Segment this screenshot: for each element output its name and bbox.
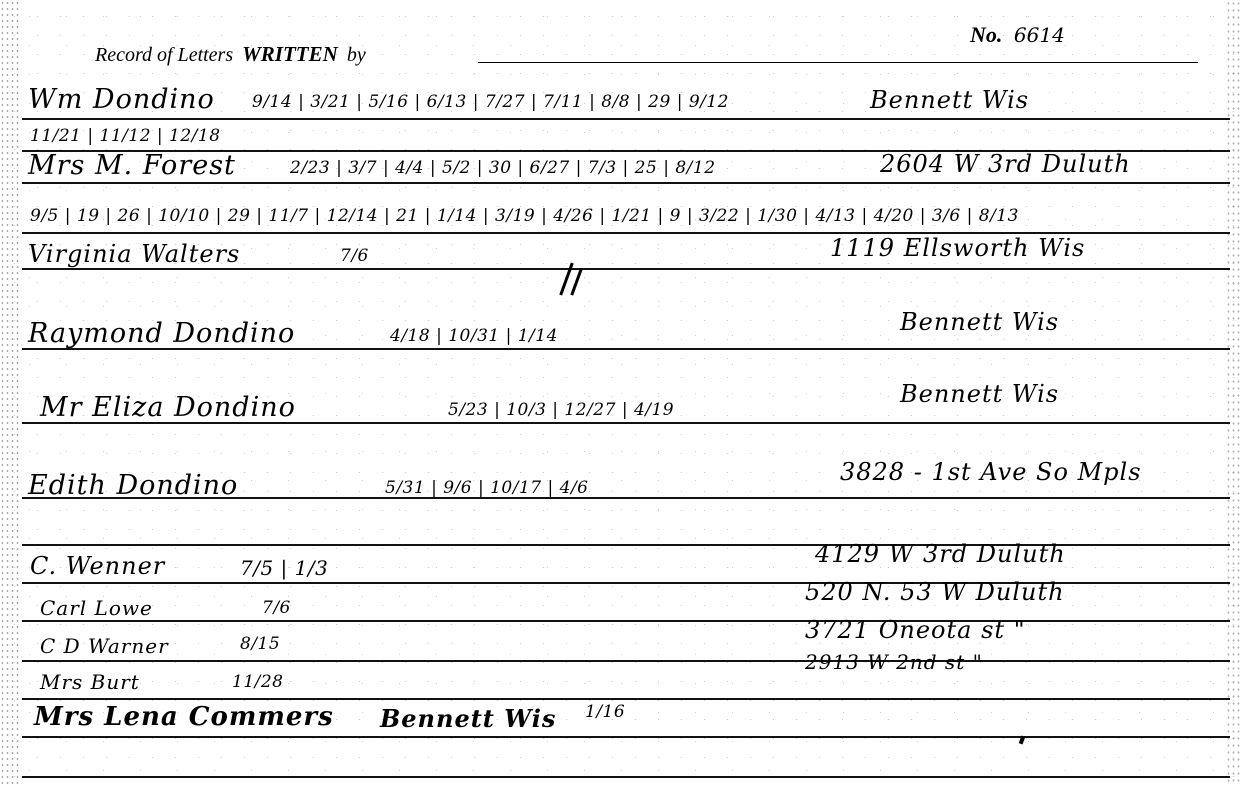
ruled-line	[22, 660, 1230, 662]
ruled-line	[22, 268, 1230, 270]
ruled-line	[22, 118, 1230, 120]
letter-dates: 9/14 | 3/21 | 5/16 | 6/13 | 7/27 | 7/11 …	[252, 92, 729, 112]
correspondent-address: 2913 W 2nd st "	[805, 650, 983, 674]
letter-dates: 7/6	[340, 246, 369, 266]
record-number-value: 6614	[1014, 23, 1065, 47]
form-title-suffix: by	[347, 44, 366, 66]
correspondent-name: Mrs M. Forest	[28, 150, 236, 181]
letter-dates: 1/16	[585, 702, 625, 722]
correspondent-address: 1119 Ellsworth Wis	[830, 234, 1085, 262]
correspondent-name: Mrs Burt	[40, 670, 140, 694]
scan-edge-left	[0, 0, 22, 786]
correspondent-address: Bennett Wis	[380, 704, 556, 733]
letter-dates-continued: 11/21 | 11/12 | 12/18	[30, 126, 221, 146]
letter-dates: 5/31 | 9/6 | 10/17 | 4/6	[385, 478, 589, 498]
correspondent-name: C D Warner	[40, 634, 169, 658]
correspondent-name: C. Wenner	[30, 552, 165, 580]
form-title: Record of Letters WRITTEN by	[95, 42, 366, 67]
correspondent-address: 520 N. 53 W Duluth	[805, 578, 1065, 606]
ink-smudge-mark	[570, 268, 582, 295]
written-by-blank-line	[478, 62, 1198, 63]
letter-dates: 2/23 | 3/7 | 4/4 | 5/2 | 30 | 6/27 | 7/3…	[290, 158, 716, 178]
correspondent-name: Edith Dondino	[28, 470, 238, 501]
ruled-line	[22, 776, 1230, 778]
correspondent-address: Bennett Wis	[900, 380, 1059, 408]
correspondent-address: 3721 Oneota st "	[805, 616, 1026, 644]
ruled-line	[22, 182, 1230, 184]
correspondent-address: Bennett Wis	[900, 308, 1059, 336]
correspondent-name: Raymond Dondino	[28, 318, 295, 349]
correspondent-address: 2604 W 3rd Duluth	[880, 150, 1131, 178]
correspondent-name: Virginia Walters	[28, 240, 240, 268]
correspondent-name: Mrs Lena Commers	[34, 702, 334, 732]
letter-dates-continued: 9/5 | 19 | 26 | 10/10 | 29 | 11/7 | 12/1…	[30, 206, 1019, 226]
ruled-line	[22, 620, 1230, 622]
letter-dates: 11/28	[232, 672, 284, 692]
correspondent-address: Bennett Wis	[870, 86, 1029, 114]
correspondent-name: Mr Eliza Dondino	[40, 392, 296, 423]
record-number: No. 6614	[970, 22, 1065, 48]
form-title-emphasis: WRITTEN	[242, 42, 338, 66]
correspondent-name: Carl Lowe	[40, 596, 153, 620]
letter-dates: 7/6	[262, 598, 291, 618]
letter-dates: 5/23 | 10/3 | 12/27 | 4/19	[448, 400, 674, 420]
letter-dates: 4/18 | 10/31 | 1/14	[390, 326, 558, 346]
letter-dates: 8/15	[240, 634, 280, 654]
record-number-label: No.	[970, 22, 1002, 47]
correspondent-name: Wm Dondino	[28, 84, 215, 115]
ruled-line	[22, 736, 1230, 738]
ruled-line	[22, 698, 1230, 700]
letter-dates: 7/5 | 1/3	[240, 556, 328, 580]
correspondent-address: 3828 - 1st Ave So Mpls	[840, 458, 1142, 486]
ink-smudge-mark	[1019, 736, 1025, 745]
correspondent-address: 4129 W 3rd Duluth	[815, 540, 1066, 568]
form-title-prefix: Record of Letters	[95, 44, 233, 66]
